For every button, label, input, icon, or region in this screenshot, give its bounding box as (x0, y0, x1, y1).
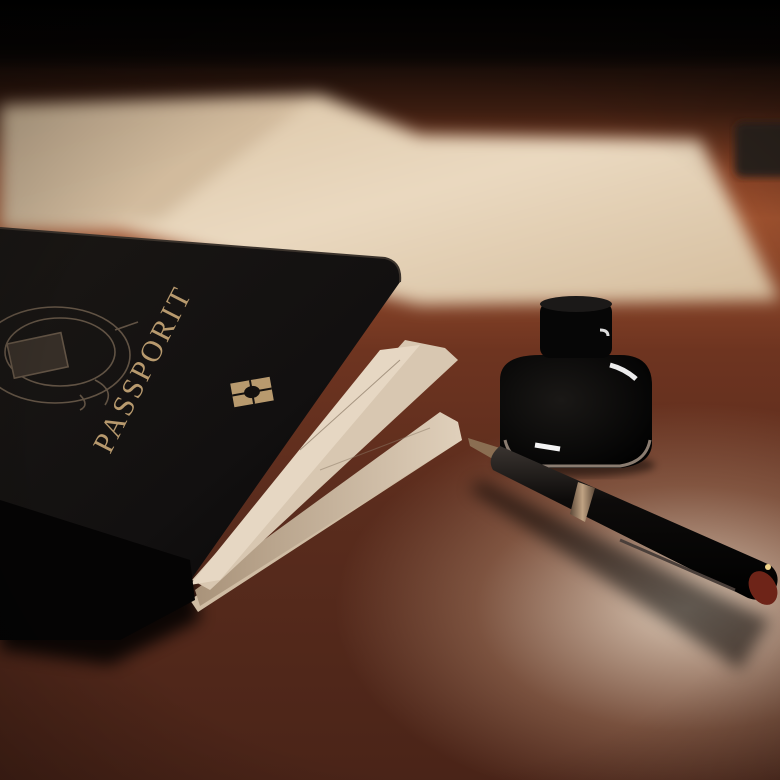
ink-bottle (495, 296, 655, 477)
photo-scene: PASSPORIT (0, 0, 780, 780)
background-object (735, 122, 780, 177)
scene-illustration: PASSPORIT (0, 0, 780, 780)
